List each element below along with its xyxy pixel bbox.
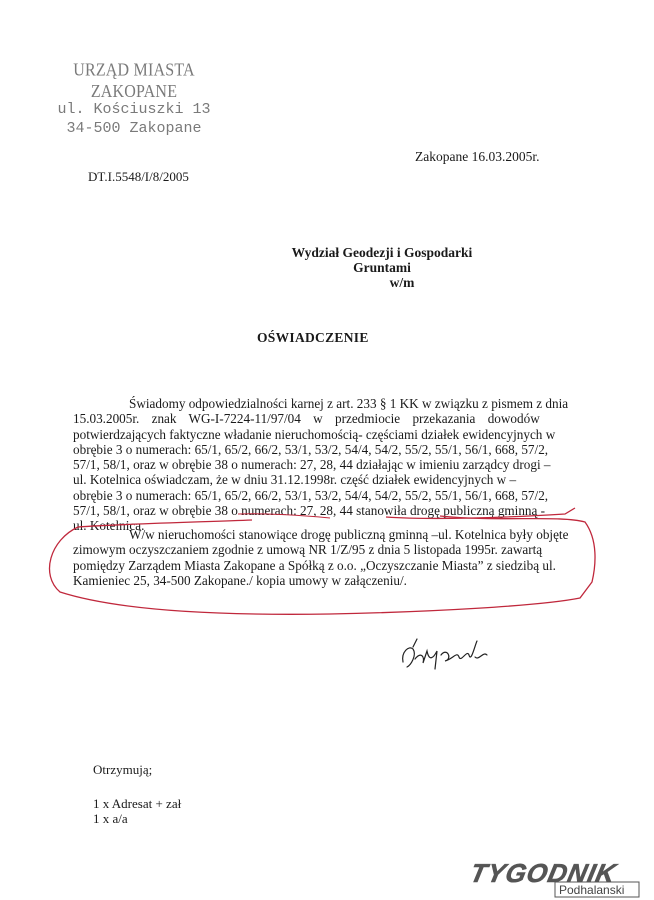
stamp-city: 34-500 Zakopane xyxy=(34,119,234,138)
paragraph-line: zimowym oczyszczaniem zgodnie z umową NR… xyxy=(73,542,573,557)
document-title: OŚWIADCZENIE xyxy=(257,330,369,346)
paragraph-line: W/w nieruchomości stanowiące drogę publi… xyxy=(73,527,573,542)
recipient-item: 1 x Adresat + zał xyxy=(93,796,181,811)
signature xyxy=(395,637,505,677)
addressee-location: w/m xyxy=(262,275,502,290)
recipients-heading: Otrzymują; xyxy=(93,762,181,777)
logo-sub: Podhalanski xyxy=(559,883,624,897)
office-stamp: URZĄD MIASTA ZAKOPANE ul. Kościuszki 13 … xyxy=(34,62,234,138)
tygodnik-podhalanski-logo: TYGODNIK Podhalanski xyxy=(470,858,650,898)
paragraph-line: obrębie 3 o numerach: 65/1, 65/2, 66/2, … xyxy=(73,442,573,457)
paragraph-line: ul. Kotelnica oświadczam, że w dniu 31.1… xyxy=(73,472,573,487)
paragraph-line: obrębie 3 o numerach: 65/1, 65/2, 66/2, … xyxy=(73,488,573,503)
paragraph-line: pomiędzy Zarządem Miasta Zakopane a Spół… xyxy=(73,558,573,573)
addressee-department: Wydział Geodezji i Gospodarki Gruntami xyxy=(262,245,502,275)
paragraph-line: 57/1, 58/1, oraz w obrębie 38 o numerach… xyxy=(73,457,573,472)
recipients-list: Otrzymują; 1 x Adresat + zał 1 x a/a xyxy=(93,762,181,826)
paragraph-line: Kamieniec 25, 34-500 Zakopane./ kopia um… xyxy=(73,573,573,588)
paragraph-declaration: Świadomy odpowiedzialności karnej z art.… xyxy=(73,396,573,534)
stamp-office-name: URZĄD MIASTA ZAKOPANE xyxy=(34,59,234,103)
document-date: Zakopane 16.03.2005r. xyxy=(415,149,539,165)
paragraph-line: Świadomy odpowiedzialności karnej z art.… xyxy=(73,396,573,411)
paragraph-line: 57/1, 58/1, oraz w obrębie 38 o numerach… xyxy=(73,503,573,518)
paragraph-line: 15.03.2005r. znak WG-I-7224-11/97/04 w p… xyxy=(73,411,573,426)
addressee: Wydział Geodezji i Gospodarki Gruntami w… xyxy=(262,245,502,290)
paragraph-winter-cleaning: W/w nieruchomości stanowiące drogę publi… xyxy=(73,527,573,588)
reference-number: DT.I.5548/I/8/2005 xyxy=(88,169,189,185)
paragraph-line: potwierdzających faktyczne władanie nier… xyxy=(73,427,573,442)
recipient-item: 1 x a/a xyxy=(93,811,181,826)
